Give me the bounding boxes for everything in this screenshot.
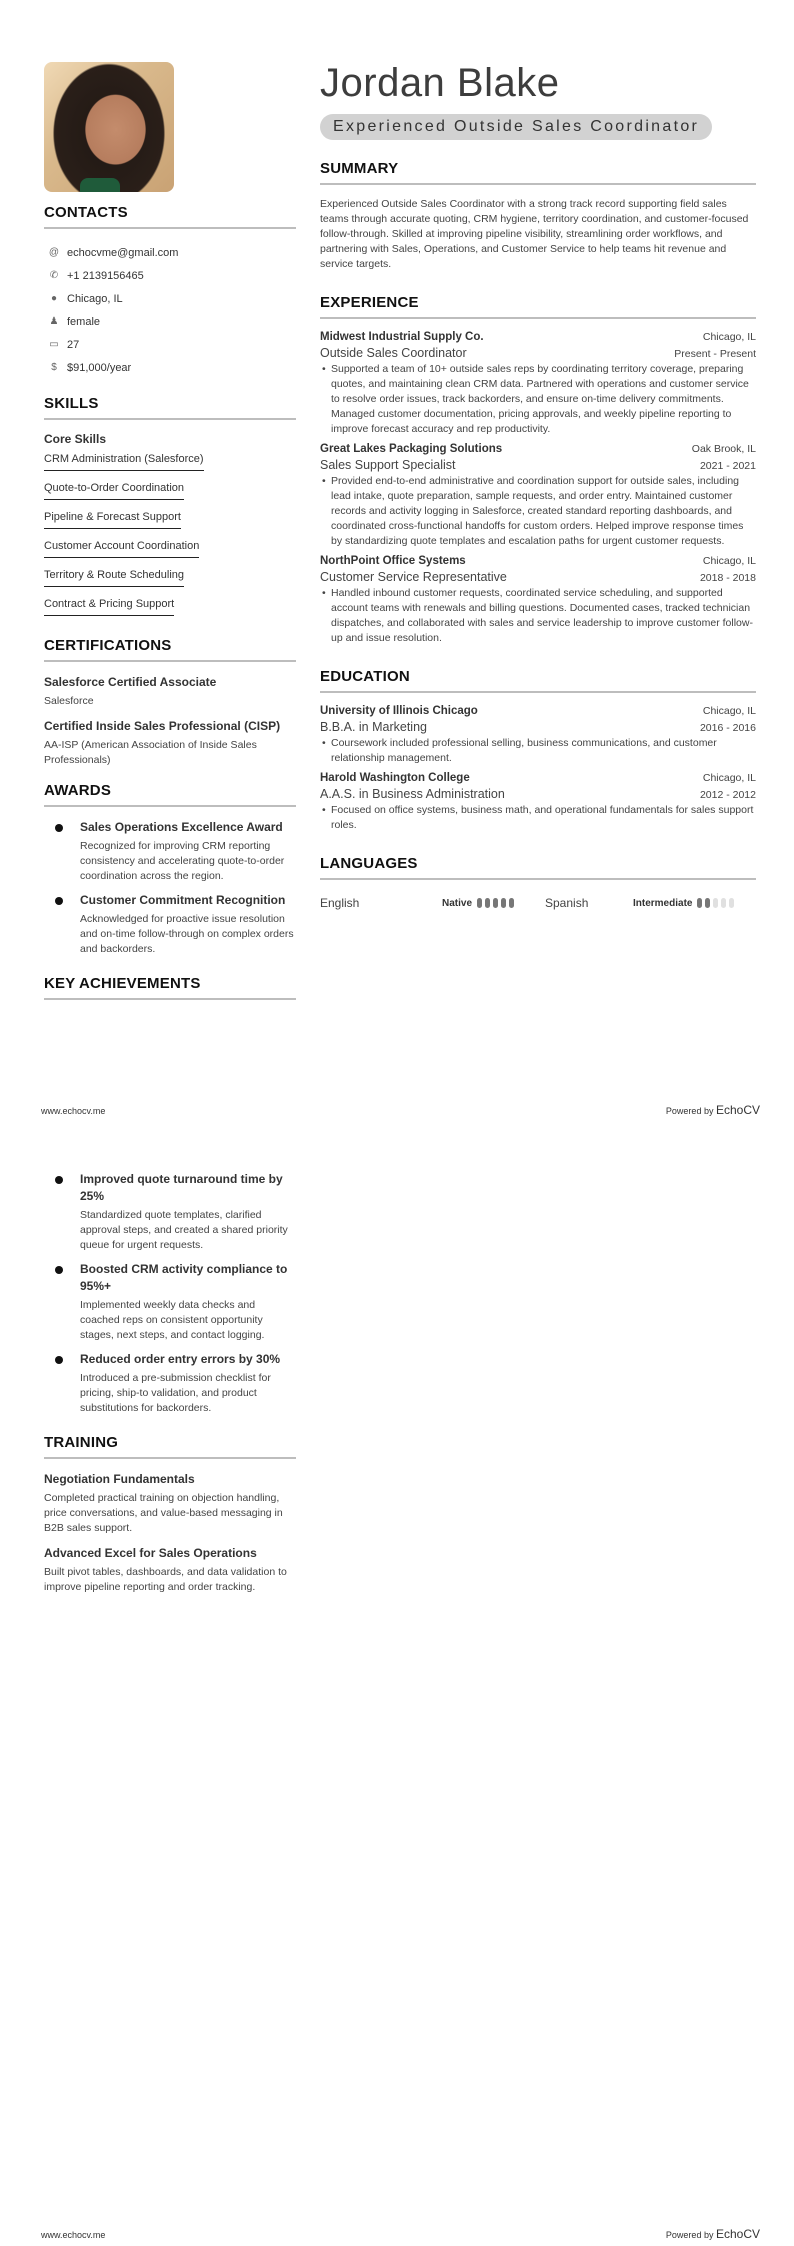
rating-pip-icon — [477, 898, 482, 908]
bullet-dot-icon — [55, 1356, 63, 1364]
bullet-text: Handled inbound customer requests, coord… — [331, 586, 756, 646]
footer-website-link[interactable]: www.echocv.me — [41, 1106, 105, 1116]
award-item: Customer Commitment RecognitionAcknowled… — [44, 892, 296, 957]
dates: Present - Present — [674, 348, 756, 360]
languages-title: LANGUAGES — [320, 855, 756, 872]
right-column: Jordan Blake Experienced Outside Sales C… — [320, 60, 756, 910]
achievement-item-body: Improved quote turnaround time by 25%Sta… — [80, 1171, 296, 1253]
rating-pip-icon — [493, 898, 498, 908]
contact-item: @echocvme@gmail.com — [44, 241, 296, 264]
education-entry: University of Illinois ChicagoChicago, I… — [320, 705, 756, 766]
award-item-description: Recognized for improving CRM reporting c… — [80, 839, 296, 884]
candidate-name: Jordan Blake — [320, 60, 756, 106]
divider — [44, 227, 296, 229]
training-title: TRAINING — [44, 1434, 296, 1451]
summary-text: Experienced Outside Sales Coordinator wi… — [320, 197, 756, 272]
left-column-continued: Improved quote turnaround time by 25%Sta… — [44, 1171, 296, 1604]
skill-row: Pipeline & Forecast Support — [44, 507, 296, 536]
footer-powered-by: Powered by EchoCV — [666, 1103, 760, 1117]
bullet-text: Supported a team of 10+ outside sales re… — [331, 362, 756, 437]
languages-section: LANGUAGES EnglishNativeSpanishIntermedia… — [320, 855, 756, 910]
skill-group-title: Core Skills — [44, 432, 296, 446]
language-level: Native — [442, 898, 472, 909]
certification-item: Certified Inside Sales Professional (CIS… — [44, 718, 296, 768]
languages-list: EnglishNativeSpanishIntermediate — [320, 896, 756, 910]
money-icon: $ — [46, 362, 62, 373]
skill-row: CRM Administration (Salesforce) — [44, 449, 296, 478]
training-description: Completed practical training on objectio… — [44, 1491, 296, 1536]
footer: www.echocv.me Powered by EchoCV — [41, 2227, 760, 2241]
award-item-title: Customer Commitment Recognition — [80, 892, 296, 909]
footer-brand: EchoCV — [716, 1103, 760, 1117]
skill-row: Customer Account Coordination — [44, 536, 296, 565]
certification-name: Certified Inside Sales Professional (CIS… — [44, 718, 296, 735]
education-section: EDUCATION University of Illinois Chicago… — [320, 668, 756, 833]
language-name: English — [320, 896, 442, 910]
skill-row: Quote-to-Order Coordination — [44, 478, 296, 507]
achievements-section: KEY ACHIEVEMENTS — [44, 975, 296, 1000]
degree: B.B.A. in Marketing — [320, 720, 427, 734]
entry-header: Harold Washington CollegeChicago, IL — [320, 772, 756, 784]
location: Chicago, IL — [703, 705, 756, 717]
bullet-text: Focused on office systems, business math… — [331, 803, 756, 833]
rating-pip-icon — [705, 898, 710, 908]
certifications-title: CERTIFICATIONS — [44, 637, 296, 654]
experience-title: EXPERIENCE — [320, 294, 756, 311]
contact-value: $91,000/year — [67, 362, 131, 374]
entry-bullet: •Supported a team of 10+ outside sales r… — [320, 362, 756, 437]
footer-powered-by: Powered by EchoCV — [666, 2227, 760, 2241]
rating-pip-icon — [501, 898, 506, 908]
entry-header: Great Lakes Packaging SolutionsOak Brook… — [320, 443, 756, 455]
achievements-title: KEY ACHIEVEMENTS — [44, 975, 296, 992]
skill-row: Contract & Pricing Support — [44, 594, 296, 623]
skill-item: Contract & Pricing Support — [44, 598, 174, 616]
language-item: EnglishNative — [320, 896, 545, 910]
divider — [44, 998, 296, 1000]
contact-value: Chicago, IL — [67, 293, 123, 305]
bullet-icon: • — [320, 362, 331, 437]
rating-pip-icon — [721, 898, 726, 908]
location: Chicago, IL — [703, 772, 756, 784]
bullet-text: Provided end-to-end administrative and c… — [331, 474, 756, 549]
training-item: Advanced Excel for Sales OperationsBuilt… — [44, 1545, 296, 1595]
divider — [44, 1457, 296, 1459]
certification-issuer: AA-ISP (American Association of Inside S… — [44, 738, 296, 768]
rating-pip-icon — [697, 898, 702, 908]
certifications-section: CERTIFICATIONS Salesforce Certified Asso… — [44, 637, 296, 768]
education-entry: Harold Washington CollegeChicago, ILA.A.… — [320, 772, 756, 833]
language-item: SpanishIntermediate — [545, 896, 734, 910]
divider — [320, 691, 756, 693]
contact-item: $$91,000/year — [44, 356, 296, 379]
entry-subheader: Outside Sales CoordinatorPresent - Prese… — [320, 343, 756, 360]
award-item-body: Sales Operations Excellence AwardRecogni… — [80, 819, 296, 884]
award-item-body: Customer Commitment RecognitionAcknowled… — [80, 892, 296, 957]
company: Midwest Industrial Supply Co. — [320, 331, 484, 343]
awards-section: AWARDS Sales Operations Excellence Award… — [44, 782, 296, 957]
achievements-list: Improved quote turnaround time by 25%Sta… — [44, 1171, 296, 1416]
role: Sales Support Specialist — [320, 458, 456, 472]
role: Customer Service Representative — [320, 570, 507, 584]
achievement-item-title: Improved quote turnaround time by 25% — [80, 1171, 296, 1205]
contacts-title: CONTACTS — [44, 204, 296, 221]
entry-bullet: •Provided end-to-end administrative and … — [320, 474, 756, 549]
bullet-icon: • — [320, 474, 331, 549]
rating-pip-icon — [729, 898, 734, 908]
training-title: Negotiation Fundamentals — [44, 1471, 296, 1488]
training-item: Negotiation FundamentalsCompleted practi… — [44, 1471, 296, 1536]
dates: 2018 - 2018 — [700, 572, 756, 584]
award-item: Sales Operations Excellence AwardRecogni… — [44, 819, 296, 884]
entry-header: Midwest Industrial Supply Co.Chicago, IL — [320, 331, 756, 343]
footer: www.echocv.me Powered by EchoCV — [41, 1103, 760, 1117]
location: Chicago, IL — [703, 555, 756, 567]
entry-subheader: B.B.A. in Marketing2016 - 2016 — [320, 717, 756, 734]
contacts-list: @echocvme@gmail.com✆+1 2139156465●Chicag… — [44, 241, 296, 379]
contact-value: +1 2139156465 — [67, 270, 144, 282]
company: NorthPoint Office Systems — [320, 555, 466, 567]
resume-page-2: Improved quote turnaround time by 25%Sta… — [0, 1123, 794, 2246]
experience-entry: Midwest Industrial Supply Co.Chicago, IL… — [320, 331, 756, 437]
rating-pip-icon — [485, 898, 490, 908]
training-section: TRAINING Negotiation FundamentalsComplet… — [44, 1434, 296, 1595]
person-icon: ♟ — [46, 316, 62, 327]
awards-title: AWARDS — [44, 782, 296, 799]
bullet-icon: • — [320, 586, 331, 646]
summary-title: SUMMARY — [320, 160, 756, 177]
language-name: Spanish — [545, 896, 633, 910]
footer-brand: EchoCV — [716, 2227, 760, 2241]
contacts-section: CONTACTS @echocvme@gmail.com✆+1 21391564… — [44, 204, 296, 379]
skills-title: SKILLS — [44, 395, 296, 412]
award-item-title: Sales Operations Excellence Award — [80, 819, 296, 836]
entry-bullet: •Handled inbound customer requests, coor… — [320, 586, 756, 646]
school: University of Illinois Chicago — [320, 705, 478, 717]
achievement-item-title: Reduced order entry errors by 30% — [80, 1351, 296, 1368]
profile-photo — [44, 62, 174, 192]
contact-value: 27 — [67, 339, 79, 351]
phone-icon: ✆ — [46, 270, 62, 281]
calendar-icon: ▭ — [46, 339, 62, 350]
divider — [320, 878, 756, 880]
training-title: Advanced Excel for Sales Operations — [44, 1545, 296, 1562]
location-pin-icon: ● — [46, 293, 62, 304]
skill-item: Territory & Route Scheduling — [44, 569, 184, 587]
skills-list: CRM Administration (Salesforce)Quote-to-… — [44, 449, 296, 623]
achievement-item-description: Standardized quote templates, clarified … — [80, 1208, 296, 1253]
rating-pip-icon — [713, 898, 718, 908]
certification-name: Salesforce Certified Associate — [44, 674, 296, 691]
summary-section: SUMMARY Experienced Outside Sales Coordi… — [320, 160, 756, 272]
entry-subheader: Customer Service Representative2018 - 20… — [320, 567, 756, 584]
entry-header: University of Illinois ChicagoChicago, I… — [320, 705, 756, 717]
entry-subheader: Sales Support Specialist2021 - 2021 — [320, 455, 756, 472]
entry-bullet: •Focused on office systems, business mat… — [320, 803, 756, 833]
entry-header: NorthPoint Office SystemsChicago, IL — [320, 555, 756, 567]
experience-section: EXPERIENCE Midwest Industrial Supply Co.… — [320, 294, 756, 646]
contact-item: ♟female — [44, 310, 296, 333]
achievement-item-body: Reduced order entry errors by 30%Introdu… — [80, 1351, 296, 1416]
skill-item: Quote-to-Order Coordination — [44, 482, 184, 500]
dates: 2012 - 2012 — [700, 789, 756, 801]
achievement-item-body: Boosted CRM activity compliance to 95%+I… — [80, 1261, 296, 1343]
entry-subheader: A.A.S. in Business Administration2012 - … — [320, 784, 756, 801]
divider — [320, 317, 756, 319]
contact-value: female — [67, 316, 100, 328]
language-level: Intermediate — [633, 898, 692, 909]
divider — [44, 805, 296, 807]
training-description: Built pivot tables, dashboards, and data… — [44, 1565, 296, 1595]
achievement-item-description: Implemented weekly data checks and coach… — [80, 1298, 296, 1343]
footer-website-link[interactable]: www.echocv.me — [41, 2230, 105, 2240]
certification-issuer: Salesforce — [44, 694, 296, 709]
divider — [320, 183, 756, 185]
achievement-item: Reduced order entry errors by 30%Introdu… — [44, 1351, 296, 1416]
skill-item: CRM Administration (Salesforce) — [44, 453, 204, 471]
awards-list: Sales Operations Excellence AwardRecogni… — [44, 819, 296, 957]
certification-item: Salesforce Certified AssociateSalesforce — [44, 674, 296, 709]
experience-entry: NorthPoint Office SystemsChicago, ILCust… — [320, 555, 756, 646]
divider — [44, 660, 296, 662]
language-rating — [477, 898, 514, 908]
dates: 2016 - 2016 — [700, 722, 756, 734]
contact-item: ▭27 — [44, 333, 296, 356]
location: Oak Brook, IL — [692, 443, 756, 455]
contact-item: ✆+1 2139156465 — [44, 264, 296, 287]
achievement-item-title: Boosted CRM activity compliance to 95%+ — [80, 1261, 296, 1295]
contact-item: ●Chicago, IL — [44, 287, 296, 310]
divider — [44, 418, 296, 420]
school: Harold Washington College — [320, 772, 470, 784]
company: Great Lakes Packaging Solutions — [320, 443, 502, 455]
award-item-description: Acknowledged for proactive issue resolut… — [80, 912, 296, 957]
left-column: CONTACTS @echocvme@gmail.com✆+1 21391564… — [44, 62, 296, 1012]
achievement-item: Boosted CRM activity compliance to 95%+I… — [44, 1261, 296, 1343]
dates: 2021 - 2021 — [700, 460, 756, 472]
skill-row: Territory & Route Scheduling — [44, 565, 296, 594]
skills-section: SKILLS Core Skills CRM Administration (S… — [44, 395, 296, 623]
bullet-dot-icon — [55, 1176, 63, 1184]
bullet-icon: • — [320, 803, 331, 833]
education-title: EDUCATION — [320, 668, 756, 685]
skill-item: Pipeline & Forecast Support — [44, 511, 181, 529]
degree: A.A.S. in Business Administration — [320, 787, 505, 801]
entry-bullet: •Coursework included professional sellin… — [320, 736, 756, 766]
training-list: Negotiation FundamentalsCompleted practi… — [44, 1471, 296, 1595]
experience-entry: Great Lakes Packaging SolutionsOak Brook… — [320, 443, 756, 549]
education-list: University of Illinois ChicagoChicago, I… — [320, 705, 756, 833]
headline-badge: Experienced Outside Sales Coordinator — [320, 114, 712, 140]
bullet-dot-icon — [55, 1266, 63, 1274]
achievement-item-description: Introduced a pre-submission checklist fo… — [80, 1371, 296, 1416]
bullet-icon: • — [320, 736, 331, 766]
role: Outside Sales Coordinator — [320, 346, 467, 360]
experience-list: Midwest Industrial Supply Co.Chicago, IL… — [320, 331, 756, 646]
at-icon: @ — [46, 247, 62, 258]
contact-value: echocvme@gmail.com — [67, 247, 178, 259]
resume-page-1: CONTACTS @echocvme@gmail.com✆+1 21391564… — [0, 0, 794, 1123]
achievement-item: Improved quote turnaround time by 25%Sta… — [44, 1171, 296, 1253]
location: Chicago, IL — [703, 331, 756, 343]
rating-pip-icon — [509, 898, 514, 908]
bullet-dot-icon — [55, 824, 63, 832]
language-rating — [697, 898, 734, 908]
certifications-list: Salesforce Certified AssociateSalesforce… — [44, 674, 296, 768]
bullet-dot-icon — [55, 897, 63, 905]
skill-item: Customer Account Coordination — [44, 540, 199, 558]
bullet-text: Coursework included professional selling… — [331, 736, 756, 766]
